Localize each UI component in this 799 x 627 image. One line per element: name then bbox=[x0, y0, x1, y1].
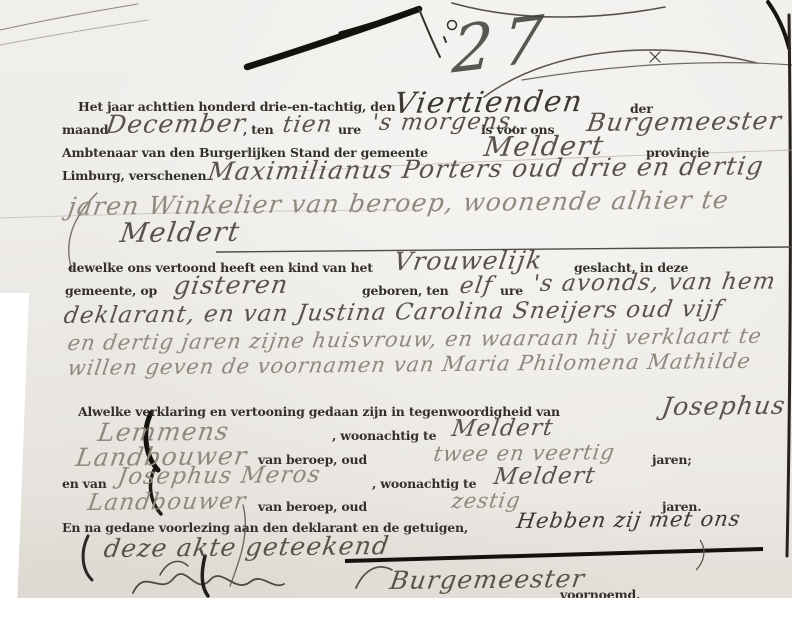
hw-witness2-occupation: Landbouwer bbox=[86, 488, 248, 516]
document-scan: 27 Het jaar achttien honderd drie-en-tac… bbox=[0, 0, 799, 627]
hw-burgemeester: Burgemeester bbox=[388, 564, 587, 595]
printed-woonachtig-te-1: , woonachtig te bbox=[332, 429, 436, 443]
printed-geboren-ten: geboren, ten bbox=[362, 284, 449, 298]
hw-child-gender: Vrouwelijk bbox=[392, 245, 545, 276]
hw-residence: Meldert bbox=[118, 217, 243, 249]
printed-van-beroep-oud-2: van beroep, oud bbox=[258, 500, 367, 514]
printed-ten: , ten bbox=[243, 123, 274, 137]
printed-ure: ure bbox=[338, 123, 361, 137]
hw-witness1-firstname: Josephus bbox=[660, 391, 788, 421]
hw-witness2-name: Josephus Meros bbox=[116, 462, 323, 490]
scan-margin-right bbox=[792, 0, 799, 627]
printed-ure-2: ure bbox=[500, 284, 523, 298]
hw-birth-day: gisteren bbox=[172, 270, 291, 300]
hw-birth-hour: elf bbox=[458, 273, 495, 299]
hw-akte-geteekend: deze akte geteekend bbox=[102, 531, 392, 563]
hw-declarant-name-age: Maximilianus Porters oud drie en dertig bbox=[206, 151, 766, 186]
hw-witness2-residence: Meldert bbox=[492, 463, 598, 490]
printed-limburg-verschenen: Limburg, verschenen bbox=[62, 169, 206, 183]
printed-gemeente-op: gemeente, op bbox=[65, 284, 157, 298]
hw-closing-phrase: Hebben zij met ons bbox=[515, 507, 743, 533]
hw-hour: tien bbox=[281, 111, 335, 138]
hw-witness1-residence: Meldert bbox=[450, 415, 556, 442]
hw-birth-time-of-day: 's avonds, van hem bbox=[531, 268, 778, 297]
hw-witness2-age: zestig bbox=[450, 488, 523, 513]
hw-month: December bbox=[104, 109, 248, 139]
printed-jaren-1: jaren; bbox=[652, 453, 692, 467]
hw-official-title: Burgemeester bbox=[585, 106, 784, 137]
act-number: 27 bbox=[450, 1, 555, 88]
printed-maand: maand bbox=[62, 123, 108, 137]
scan-margin-bottom bbox=[0, 598, 799, 627]
